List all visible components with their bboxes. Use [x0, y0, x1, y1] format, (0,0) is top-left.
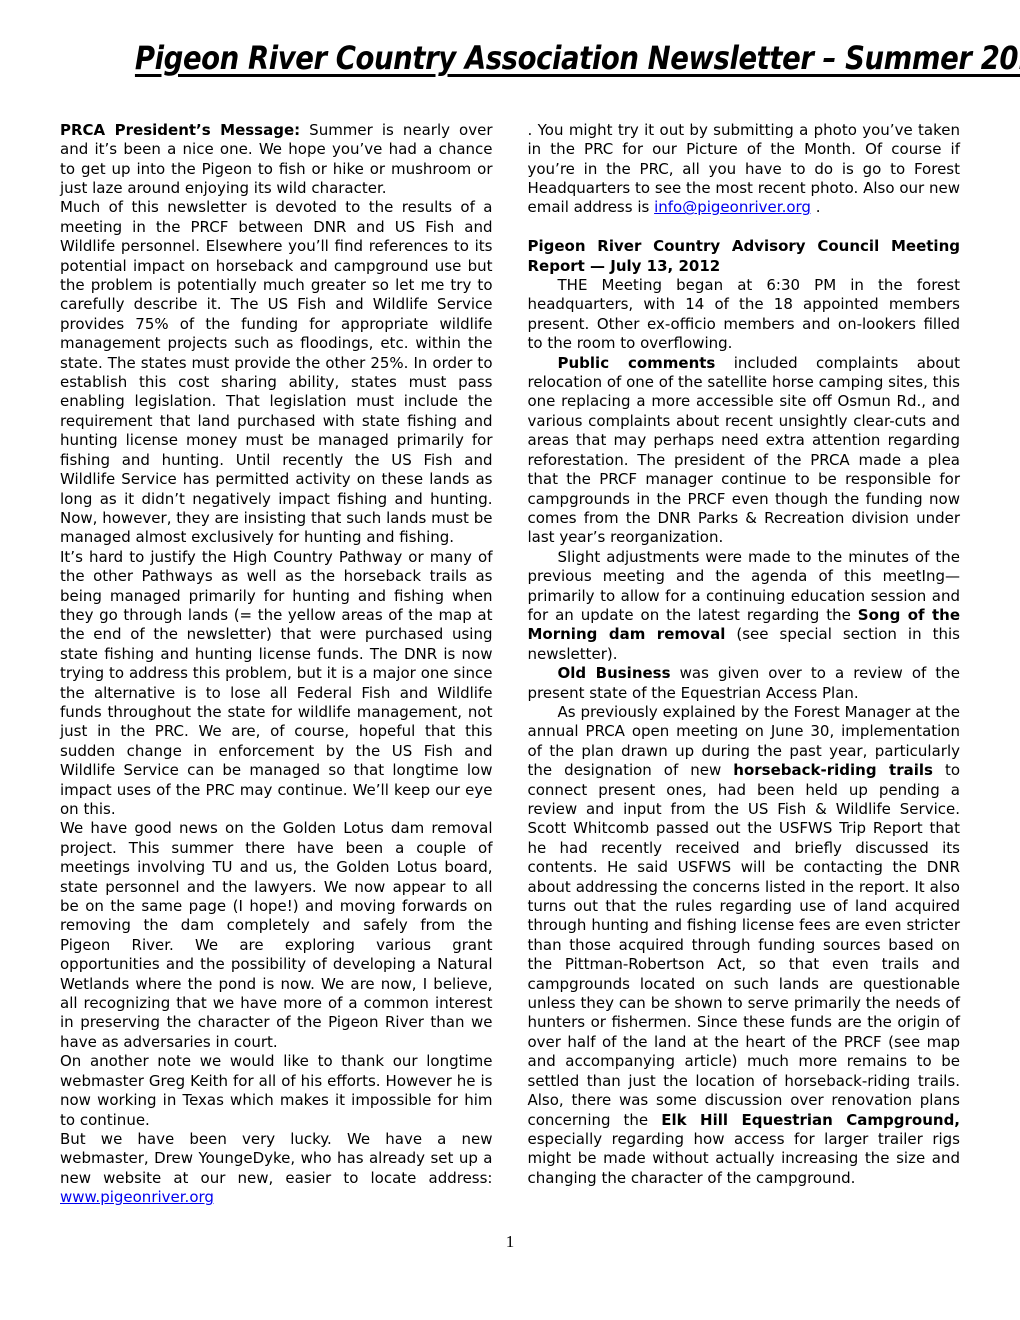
paragraph: Old Business was given over to a review …	[528, 664, 961, 703]
text-run: to connect present ones, had been held u…	[528, 761, 961, 1128]
page-number: 1	[506, 1232, 515, 1251]
article-columns: PRCA President’s Message: Summer is near…	[60, 121, 960, 1208]
presidents-message-lead: PRCA President’s Message:	[60, 121, 300, 139]
paragraph: . You might try it out by submitting a p…	[528, 121, 961, 218]
text-run: Pigeon River Country Advisory Council Me…	[528, 237, 961, 274]
paragraph: THE Meeting began at 6:30 PM in the fore…	[528, 276, 961, 354]
text-run: We have good news on the Golden Lotus da…	[60, 819, 493, 1050]
public-comments-lead: Public comments	[558, 354, 716, 372]
paragraph: We have good news on the Golden Lotus da…	[60, 819, 493, 1052]
paragraph: It’s hard to justify the High Country Pa…	[60, 548, 493, 820]
paragraph: But we have been very lucky. We have a n…	[60, 1130, 493, 1208]
elk-hill-campground-lead: Elk Hill Equestrian Campground,	[661, 1111, 960, 1129]
paragraph: As previously explained by the Forest Ma…	[528, 703, 961, 1188]
paragraph: Much of this newsletter is devoted to th…	[60, 198, 493, 547]
website-link[interactable]: www.pigeonriver.org	[60, 1188, 214, 1206]
article-heading: Pigeon River Country Advisory Council Me…	[528, 237, 961, 276]
right-column: . You might try it out by submitting a p…	[528, 121, 961, 1208]
newsletter-title: Pigeon River Country Association Newslet…	[60, 40, 960, 77]
old-business-lead: Old Business	[558, 664, 671, 682]
newsletter-title-text: Pigeon River Country Association Newslet…	[135, 40, 1020, 77]
paragraph: Slight adjustments were made to the minu…	[528, 548, 961, 664]
text-run: But we have been very lucky. We have a n…	[60, 1130, 493, 1187]
paragraph: Public comments included complaints abou…	[528, 354, 961, 548]
text-run: Much of this newsletter is devoted to th…	[60, 198, 493, 546]
email-link[interactable]: info@pigeonriver.org	[654, 198, 811, 216]
left-column: PRCA President’s Message: Summer is near…	[60, 121, 493, 1208]
text-run: It’s hard to justify the High Country Pa…	[60, 548, 493, 818]
horseback-riding-trails-lead: horseback-riding trails	[733, 761, 933, 779]
text-run: On another note we would like to thank o…	[60, 1052, 493, 1128]
paragraph: PRCA President’s Message: Summer is near…	[60, 121, 493, 199]
text-run: THE Meeting began at 6:30 PM in the fore…	[528, 276, 961, 352]
page-footer: 1	[0, 1232, 1020, 1252]
paragraph: On another note we would like to thank o…	[60, 1052, 493, 1130]
text-run: especially regarding how access for larg…	[528, 1130, 961, 1187]
text-run: .	[811, 198, 821, 216]
newsletter-page: Pigeon River Country Association Newslet…	[0, 0, 1020, 1320]
text-run: included complaints about relocation of …	[528, 354, 961, 547]
